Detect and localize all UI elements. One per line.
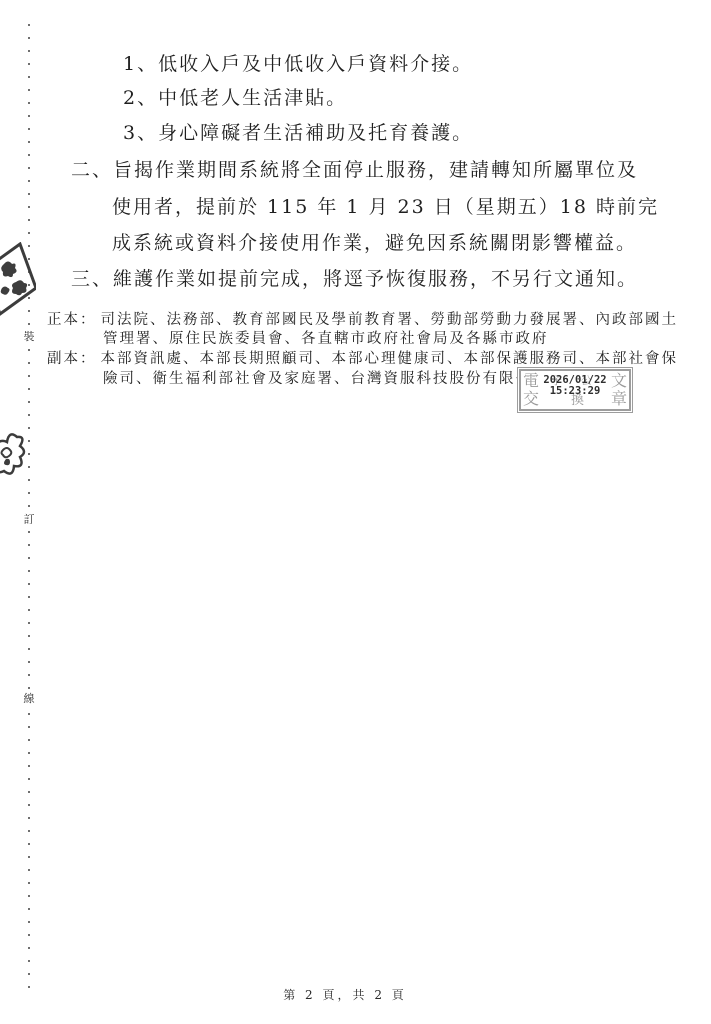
section-two-line-1: 二、旨揭作業期間系統將全面停止服務，建請轉知所屬單位及 xyxy=(71,158,638,182)
copy-recipients-line-1: 副本：本部資訊處、本部長期照顧司、本部心理健康司、本部保護服務司、本部社會保 xyxy=(47,350,678,368)
document-page: 裝 訂 線 1、低收入戶及中低收入戶資料介接。 2、中低老人生活津貼。 3、身心… xyxy=(0,0,711,1024)
original-recipients-text: 司法院、法務部、教育部國民及學前教育署、勞動部勞動力發展署、內政部國土 xyxy=(101,312,679,328)
binding-mark-zhuang: 裝 xyxy=(21,330,37,344)
binding-mark-ding: 訂 xyxy=(21,513,37,527)
original-recipients-line-2: 管理署、原住民族委員會、各直轄市政府社會局及各縣市政府 xyxy=(103,330,549,348)
copy-recipients-label: 副本： xyxy=(47,351,97,367)
copy-recipients-line-2: 險司、衛生福利部社會及家庭署、台灣資服科技股份有限公司 xyxy=(103,370,549,388)
list-item-3: 3、身心障礙者生活補助及托育養護。 xyxy=(123,121,473,145)
copy-recipients-text: 本部資訊處、本部長期照顧司、本部心理健康司、本部保護服務司、本部社會保 xyxy=(101,351,679,367)
partial-seal-icon xyxy=(0,242,36,318)
list-item-1: 1、低收入戶及中低收入戶資料介接。 xyxy=(123,52,473,76)
section-three-line: 三、維護作業如提前完成，將逕予恢復服務，不另行文通知。 xyxy=(71,267,638,291)
original-recipients-line-1: 正本：司法院、法務部、教育部國民及學前教育署、勞動部勞動力發展署、內政部國土 xyxy=(47,311,678,329)
binding-dotted-line xyxy=(28,24,30,988)
stamp-time: 15:23:29 xyxy=(521,386,629,397)
stamp-date: 2026/01/22 xyxy=(521,375,629,386)
partial-seal-icon-2 xyxy=(0,428,30,494)
section-two-line-3: 成系統或資料介接使用作業，避免因系統關閉影響權益。 xyxy=(112,231,637,255)
electronic-exchange-stamp-frame: 電 子 公 文 交 換 章 2026/01/22 15:23:29 xyxy=(519,369,631,411)
original-recipients-label: 正本： xyxy=(47,312,97,328)
binding-mark-xian: 線 xyxy=(21,692,37,706)
list-item-2: 2、中低老人生活津貼。 xyxy=(123,86,347,110)
section-two-line-2: 使用者，提前於 115 年 1 月 23 日（星期五）18 時前完 xyxy=(112,195,659,219)
electronic-exchange-stamp: 電 子 公 文 交 換 章 2026/01/22 15:23:29 xyxy=(517,367,633,413)
page-footer: 第 2 頁，共 2 頁 xyxy=(0,986,690,1003)
